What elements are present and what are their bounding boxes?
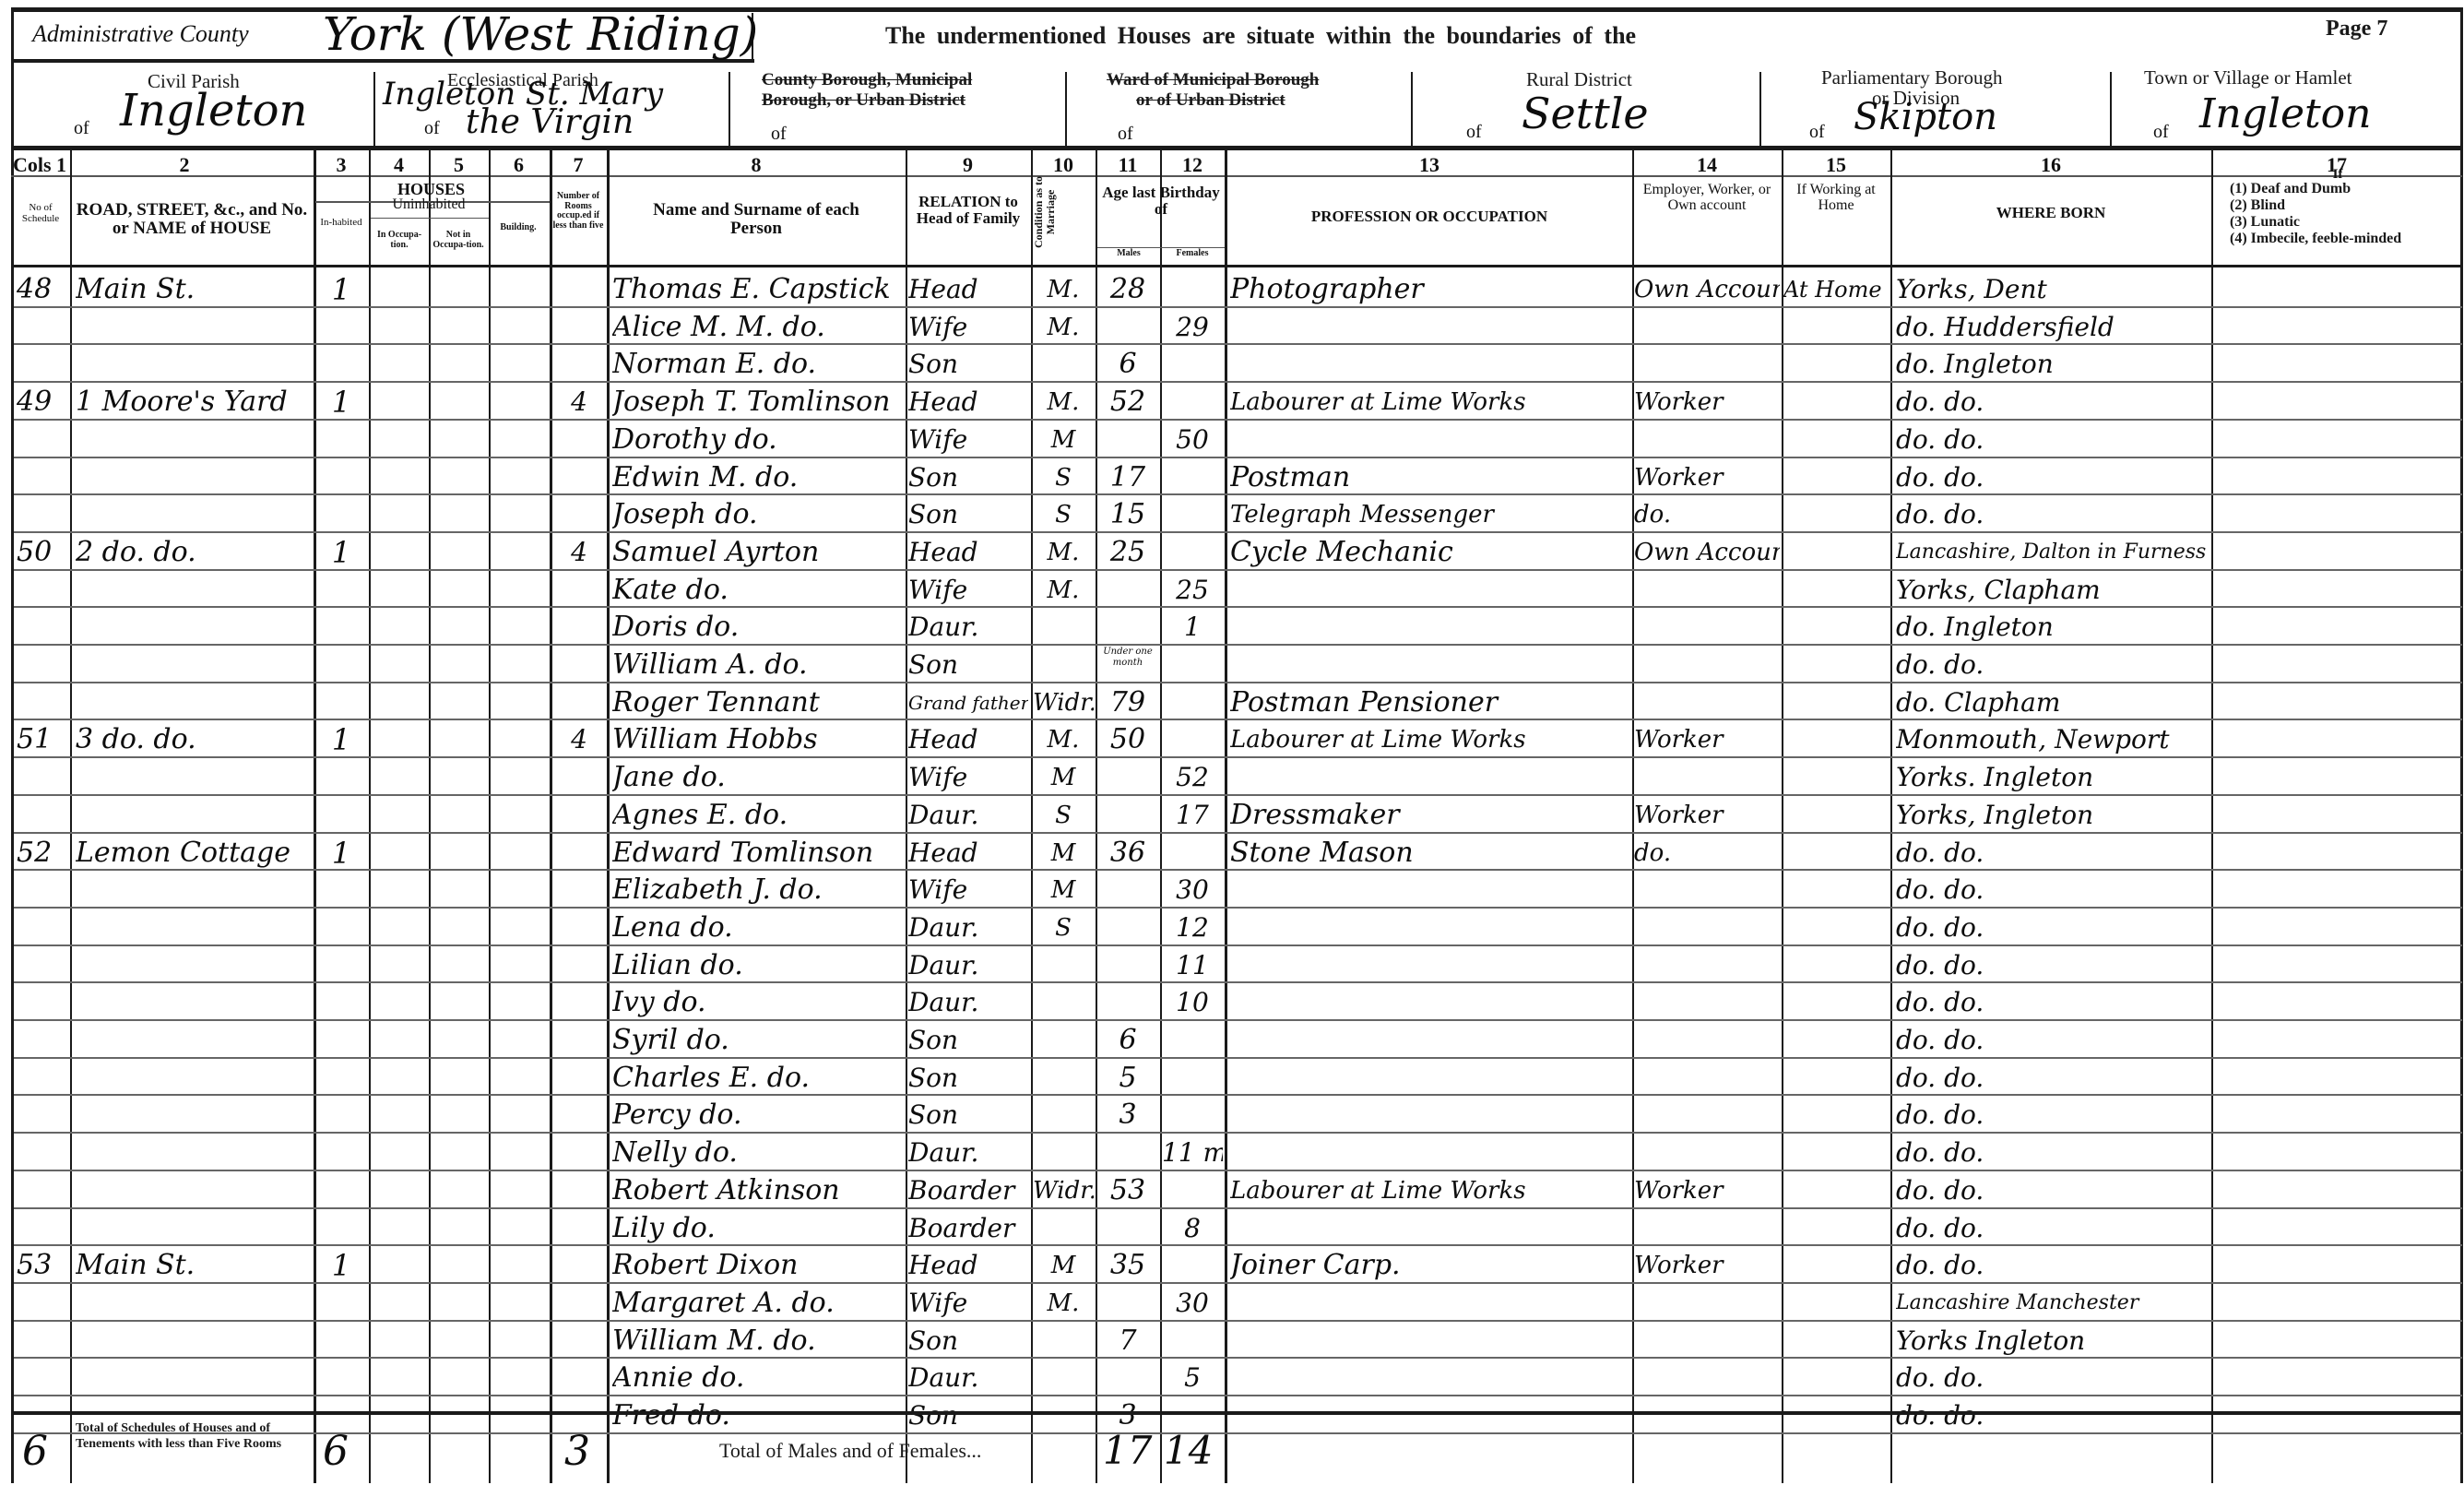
cell-rooms bbox=[553, 1060, 605, 1097]
cell-male-age bbox=[1097, 797, 1158, 834]
col-num-4: 4 bbox=[369, 153, 429, 177]
row-rule bbox=[14, 306, 2462, 308]
cell-infirmity bbox=[2213, 1022, 2458, 1059]
cell-address bbox=[76, 609, 311, 646]
cell-relation: Head bbox=[908, 384, 1028, 421]
cell-relation: Head bbox=[908, 721, 1028, 758]
cell-male-age bbox=[1097, 1360, 1158, 1396]
cell-condition bbox=[1033, 1022, 1094, 1059]
cell-employer bbox=[1634, 1360, 1780, 1396]
cell-name: Kate do. bbox=[612, 572, 904, 609]
cell-condition bbox=[1033, 346, 1094, 383]
cell-address: 2 do. do. bbox=[76, 534, 311, 571]
cell-born: do. Ingleton bbox=[1896, 346, 2209, 383]
cell-born: do. do. bbox=[1896, 872, 2209, 909]
cell-occupation: Photographer bbox=[1230, 271, 1630, 308]
cell-schedule bbox=[17, 872, 68, 909]
cell-relation: Son bbox=[908, 1060, 1028, 1097]
cell-occupation bbox=[1230, 309, 1630, 346]
cell-employer bbox=[1634, 1285, 1780, 1322]
cell-born: do. do. bbox=[1896, 1060, 2209, 1097]
row-rule bbox=[14, 1320, 2462, 1322]
total-rooms-value: 3 bbox=[564, 1428, 590, 1475]
hdr-relation: RELATION to Head of Family bbox=[908, 194, 1028, 227]
cell-born: do. do. bbox=[1896, 1397, 2209, 1434]
cell-occupation: Labourer at Lime Works bbox=[1230, 384, 1630, 421]
cell-born: do. do. bbox=[1896, 984, 2209, 1021]
col-num-3: 3 bbox=[314, 153, 369, 177]
cell-rooms: 4 bbox=[553, 384, 605, 421]
cell-female-age bbox=[1162, 1097, 1223, 1134]
town-of: of bbox=[2153, 122, 2169, 143]
hdr-uninhabited: Uninhabited bbox=[369, 197, 489, 213]
cell-male-age: 6 bbox=[1097, 1022, 1158, 1059]
cell-inhabited bbox=[318, 609, 364, 646]
cell-occupation bbox=[1230, 947, 1630, 984]
ward-label-1: Ward of Municipal Borough bbox=[1107, 70, 1319, 90]
row-rule bbox=[14, 794, 2462, 796]
cell-male-age: 3 bbox=[1097, 1097, 1158, 1134]
cell-name: Joseph T. Tomlinson bbox=[612, 384, 904, 421]
cell-relation: Son bbox=[908, 496, 1028, 533]
hdr-building: Building. bbox=[489, 223, 548, 233]
cell-name: Samuel Ayrton bbox=[612, 534, 904, 571]
cell-at-home bbox=[1783, 1022, 1889, 1059]
cell-condition: M bbox=[1033, 759, 1094, 796]
cell-condition: M bbox=[1033, 872, 1094, 909]
cell-rooms bbox=[553, 1247, 605, 1284]
cell-born: do. do. bbox=[1896, 1097, 2209, 1134]
cell-female-age bbox=[1162, 684, 1223, 721]
cell-occupation bbox=[1230, 1360, 1630, 1396]
cell-schedule bbox=[17, 1172, 68, 1209]
row-rule bbox=[14, 1057, 2462, 1059]
cell-address bbox=[76, 759, 311, 796]
hdr-schedule: No of Schedule bbox=[13, 203, 68, 224]
hdr-infirmity-3: (3) Lunatic bbox=[2230, 214, 2300, 231]
row-rule bbox=[14, 343, 2462, 345]
cell-employer bbox=[1634, 609, 1780, 646]
cell-occupation bbox=[1230, 1285, 1630, 1322]
cell-relation: Son bbox=[908, 1323, 1028, 1360]
total-persons-label: Total of Males and of Females... bbox=[719, 1439, 981, 1463]
row-rule bbox=[14, 756, 2462, 758]
cell-address bbox=[76, 947, 311, 984]
cell-condition bbox=[1033, 1360, 1094, 1396]
row-rule bbox=[14, 1282, 2462, 1284]
cell-inhabited bbox=[318, 797, 364, 834]
cell-condition: S bbox=[1033, 797, 1094, 834]
cell-inhabited bbox=[318, 1022, 364, 1059]
cell-occupation bbox=[1230, 647, 1630, 683]
cell-at-home bbox=[1783, 496, 1889, 533]
cell-rooms bbox=[553, 947, 605, 984]
col-num-7: 7 bbox=[550, 153, 607, 177]
cell-relation: Wife bbox=[908, 309, 1028, 346]
cell-at-home bbox=[1783, 1397, 1889, 1434]
cell-schedule bbox=[17, 1097, 68, 1134]
cell-at-home bbox=[1783, 647, 1889, 683]
row-rule bbox=[14, 869, 2462, 871]
cell-infirmity bbox=[2213, 384, 2458, 421]
cell-address bbox=[76, 1135, 311, 1171]
cell-employer bbox=[1634, 1210, 1780, 1247]
cell-condition bbox=[1033, 1135, 1094, 1171]
county-borough-of: of bbox=[771, 124, 787, 145]
cell-relation: Head bbox=[908, 271, 1028, 308]
cell-condition bbox=[1033, 1097, 1094, 1134]
cell-occupation: Cycle Mechanic bbox=[1230, 534, 1630, 571]
cell-male-age: 79 bbox=[1097, 684, 1158, 721]
cell-infirmity bbox=[2213, 1135, 2458, 1171]
cell-rooms bbox=[553, 684, 605, 721]
cell-male-age: 50 bbox=[1097, 721, 1158, 758]
cell-rooms bbox=[553, 647, 605, 683]
cell-female-age bbox=[1162, 346, 1223, 383]
cell-born: do. Huddersfield bbox=[1896, 309, 2209, 346]
hdr-not-in-occupation: Not in Occupa-tion. bbox=[430, 231, 487, 250]
cell-address bbox=[76, 1172, 311, 1209]
cell-infirmity bbox=[2213, 1360, 2458, 1396]
cell-name: Charles E. do. bbox=[612, 1060, 904, 1097]
cell-employer bbox=[1634, 984, 1780, 1021]
cell-schedule bbox=[17, 647, 68, 683]
cell-female-age bbox=[1162, 1172, 1223, 1209]
row-rule bbox=[14, 719, 2462, 720]
hdr-age: Age last Birthday of bbox=[1099, 184, 1223, 218]
cell-infirmity bbox=[2213, 684, 2458, 721]
cell-employer: Worker bbox=[1634, 384, 1780, 421]
cell-rooms bbox=[553, 1135, 605, 1171]
cell-schedule bbox=[17, 1135, 68, 1171]
cell-female-age: 50 bbox=[1162, 422, 1223, 458]
cell-employer: do. bbox=[1634, 496, 1780, 533]
cell-occupation bbox=[1230, 1060, 1630, 1097]
cell-male-age: 5 bbox=[1097, 1060, 1158, 1097]
cell-schedule bbox=[17, 947, 68, 984]
cell-employer bbox=[1634, 422, 1780, 458]
admin-county-label: Administrative County bbox=[32, 20, 249, 48]
cell-male-age bbox=[1097, 984, 1158, 1021]
cell-employer: Worker bbox=[1634, 721, 1780, 758]
row-rule bbox=[14, 381, 2462, 383]
cell-address bbox=[76, 572, 311, 609]
col-num-8: 8 bbox=[609, 153, 904, 177]
cell-relation: Grand father bbox=[908, 684, 1028, 721]
cell-condition bbox=[1033, 1060, 1094, 1097]
cell-name: Ivy do. bbox=[612, 984, 904, 1021]
hdr-occupation: PROFESSION OR OCCUPATION bbox=[1236, 208, 1623, 225]
row-rule bbox=[14, 606, 2462, 608]
cell-rooms bbox=[553, 309, 605, 346]
cell-name: Robert Dixon bbox=[612, 1247, 904, 1284]
cell-born: do. do. bbox=[1896, 384, 2209, 421]
hdr-condition: Condition as to Marriage bbox=[1033, 171, 1056, 254]
cell-occupation bbox=[1230, 1097, 1630, 1134]
cell-male-age bbox=[1097, 759, 1158, 796]
cell-schedule bbox=[17, 609, 68, 646]
cell-occupation bbox=[1230, 572, 1630, 609]
cell-inhabited bbox=[318, 309, 364, 346]
town-label: Town or Village or Hamlet bbox=[2144, 66, 2352, 89]
cell-inhabited bbox=[318, 647, 364, 683]
cell-born: do. Ingleton bbox=[1896, 609, 2209, 646]
cell-female-age bbox=[1162, 459, 1223, 496]
hdr-where-born: WHERE BORN bbox=[1892, 205, 2209, 221]
cell-occupation: Joiner Carp. bbox=[1230, 1247, 1630, 1284]
cell-born: do. do. bbox=[1896, 422, 2209, 458]
cell-infirmity bbox=[2213, 797, 2458, 834]
cell-infirmity bbox=[2213, 947, 2458, 984]
cell-name: Annie do. bbox=[612, 1360, 904, 1396]
cell-relation: Wife bbox=[908, 572, 1028, 609]
cell-female-age bbox=[1162, 1247, 1223, 1284]
cell-relation: Son bbox=[908, 647, 1028, 683]
cell-infirmity bbox=[2213, 496, 2458, 533]
hdr-road: ROAD, STREET, &c., and No. or NAME of HO… bbox=[72, 201, 312, 238]
cell-rooms bbox=[553, 1022, 605, 1059]
cell-relation: Head bbox=[908, 835, 1028, 872]
cell-rooms bbox=[553, 984, 605, 1021]
cell-inhabited bbox=[318, 346, 364, 383]
cell-occupation: Dressmaker bbox=[1230, 797, 1630, 834]
cell-condition: S bbox=[1033, 496, 1094, 533]
cell-relation: Boarder bbox=[908, 1210, 1028, 1247]
eccl-parish-of: of bbox=[424, 118, 440, 139]
cell-rooms bbox=[553, 496, 605, 533]
cell-address bbox=[76, 422, 311, 458]
row-rule bbox=[14, 682, 2462, 683]
cell-occupation bbox=[1230, 1135, 1630, 1171]
cell-name: Alice M. M. do. bbox=[612, 309, 904, 346]
cell-born: Monmouth, Newport bbox=[1896, 721, 2209, 758]
cell-rooms bbox=[553, 346, 605, 383]
row-rule bbox=[14, 457, 2462, 458]
cell-born: do. do. bbox=[1896, 1172, 2209, 1209]
cell-schedule bbox=[17, 346, 68, 383]
cell-employer: Worker bbox=[1634, 1247, 1780, 1284]
cell-born: do. do. bbox=[1896, 1022, 2209, 1059]
cell-schedule bbox=[17, 1360, 68, 1396]
cell-inhabited bbox=[318, 1172, 364, 1209]
row-rule bbox=[14, 1244, 2462, 1246]
cell-name: Doris do. bbox=[612, 609, 904, 646]
cell-employer bbox=[1634, 1135, 1780, 1171]
cell-inhabited bbox=[318, 984, 364, 1021]
cell-employer bbox=[1634, 1060, 1780, 1097]
cell-infirmity bbox=[2213, 1323, 2458, 1360]
cell-schedule bbox=[17, 309, 68, 346]
cell-inhabited bbox=[318, 1210, 364, 1247]
cell-infirmity bbox=[2213, 909, 2458, 946]
total-schedules-label: Total of Schedules of Houses and of Tene… bbox=[76, 1420, 297, 1452]
ward-label-2: or of Urban District bbox=[1136, 90, 1285, 111]
cell-employer: Worker bbox=[1634, 1172, 1780, 1209]
cell-relation: Son bbox=[908, 1397, 1028, 1434]
hdr-inhabited: In-habited bbox=[315, 218, 367, 229]
town-value: Ingleton bbox=[2199, 90, 2372, 137]
cell-inhabited: 1 bbox=[318, 384, 364, 421]
cell-name: Dorothy do. bbox=[612, 422, 904, 458]
cell-name: Edward Tomlinson bbox=[612, 835, 904, 872]
cell-address: 1 Moore's Yard bbox=[76, 384, 311, 421]
cell-female-age bbox=[1162, 271, 1223, 308]
cell-born: Yorks. Ingleton bbox=[1896, 759, 2209, 796]
cell-at-home bbox=[1783, 1210, 1889, 1247]
cell-name: Jane do. bbox=[612, 759, 904, 796]
hdr-females: Females bbox=[1160, 249, 1225, 259]
cell-condition bbox=[1033, 1397, 1094, 1434]
cell-schedule: 49 bbox=[17, 384, 68, 421]
cell-at-home bbox=[1783, 384, 1889, 421]
civil-parish-of: of bbox=[74, 118, 89, 139]
cell-occupation bbox=[1230, 872, 1630, 909]
cell-occupation: Labourer at Lime Works bbox=[1230, 1172, 1630, 1209]
total-males: 17 bbox=[1103, 1428, 1152, 1473]
cell-name: Syril do. bbox=[612, 1022, 904, 1059]
col-num-13: 13 bbox=[1226, 153, 1632, 177]
cell-male-age bbox=[1097, 909, 1158, 946]
cell-rooms bbox=[553, 271, 605, 308]
cell-schedule bbox=[17, 1210, 68, 1247]
cell-rooms: 4 bbox=[553, 721, 605, 758]
cell-relation: Son bbox=[908, 346, 1028, 383]
cell-condition: S bbox=[1033, 909, 1094, 946]
cell-name: Elizabeth J. do. bbox=[612, 872, 904, 909]
cell-employer bbox=[1634, 947, 1780, 984]
cell-inhabited bbox=[318, 684, 364, 721]
cell-schedule: 51 bbox=[17, 721, 68, 758]
cell-employer: Worker bbox=[1634, 459, 1780, 496]
cell-occupation bbox=[1230, 1210, 1630, 1247]
cell-condition bbox=[1033, 947, 1094, 984]
cell-born: do. do. bbox=[1896, 459, 2209, 496]
hdr-name: Name and Surname of each Person bbox=[636, 201, 876, 238]
cell-female-age bbox=[1162, 1323, 1223, 1360]
cell-infirmity bbox=[2213, 1210, 2458, 1247]
cell-address: Main St. bbox=[76, 1247, 311, 1284]
cell-schedule bbox=[17, 684, 68, 721]
cell-inhabited: 1 bbox=[318, 1247, 364, 1284]
cell-inhabited: 1 bbox=[318, 835, 364, 872]
cell-rooms: 4 bbox=[553, 534, 605, 571]
cell-employer bbox=[1634, 872, 1780, 909]
row-rule bbox=[14, 1019, 2462, 1021]
admin-county-value: York (West Riding) bbox=[323, 7, 758, 61]
cell-rooms bbox=[553, 1097, 605, 1134]
cell-relation: Son bbox=[908, 459, 1028, 496]
cell-inhabited bbox=[318, 872, 364, 909]
cell-at-home bbox=[1783, 572, 1889, 609]
cell-name: William M. do. bbox=[612, 1323, 904, 1360]
cell-infirmity bbox=[2213, 1285, 2458, 1322]
cell-rooms bbox=[553, 1285, 605, 1322]
cell-inhabited: 1 bbox=[318, 534, 364, 571]
cell-born: Lancashire Manchester bbox=[1896, 1285, 2209, 1322]
hdr-employer: Employer, Worker, or Own account bbox=[1634, 183, 1780, 214]
cell-female-age: 29 bbox=[1162, 309, 1223, 346]
cell-female-age: 12 bbox=[1162, 909, 1223, 946]
cell-employer bbox=[1634, 309, 1780, 346]
cell-rooms bbox=[553, 459, 605, 496]
row-rule bbox=[14, 569, 2462, 571]
cell-infirmity bbox=[2213, 422, 2458, 458]
cell-female-age: 10 bbox=[1162, 984, 1223, 1021]
cell-born: do. do. bbox=[1896, 835, 2209, 872]
cell-condition: M bbox=[1033, 422, 1094, 458]
total-females: 14 bbox=[1164, 1428, 1213, 1473]
cell-female-age: 8 bbox=[1162, 1210, 1223, 1247]
cell-at-home bbox=[1783, 984, 1889, 1021]
cell-address bbox=[76, 496, 311, 533]
cell-address bbox=[76, 1022, 311, 1059]
cell-born: do. do. bbox=[1896, 947, 2209, 984]
cell-male-age bbox=[1097, 1135, 1158, 1171]
cell-name: Norman E. do. bbox=[612, 346, 904, 383]
cell-inhabited bbox=[318, 422, 364, 458]
cell-at-home bbox=[1783, 1135, 1889, 1171]
cell-occupation bbox=[1230, 1397, 1630, 1434]
cell-female-age bbox=[1162, 1060, 1223, 1097]
row-rule bbox=[14, 944, 2462, 946]
cell-relation: Daur. bbox=[908, 984, 1028, 1021]
row-rule bbox=[14, 493, 2462, 495]
col-num-9: 9 bbox=[906, 153, 1030, 177]
cell-name: Lilian do. bbox=[612, 947, 904, 984]
cell-employer bbox=[1634, 759, 1780, 796]
cell-female-age: 11 mo bbox=[1162, 1135, 1223, 1171]
cell-female-age bbox=[1162, 647, 1223, 683]
cell-name: Robert Atkinson bbox=[612, 1172, 904, 1209]
cell-at-home bbox=[1783, 1323, 1889, 1360]
cell-condition: M. bbox=[1033, 309, 1094, 346]
cell-at-home bbox=[1783, 1360, 1889, 1396]
cell-name: Lena do. bbox=[612, 909, 904, 946]
cell-occupation bbox=[1230, 909, 1630, 946]
row-rule bbox=[14, 1395, 2462, 1396]
row-rule bbox=[14, 1432, 2462, 1434]
cell-at-home bbox=[1783, 759, 1889, 796]
cell-born: do. do. bbox=[1896, 1210, 2209, 1247]
cell-employer bbox=[1634, 647, 1780, 683]
cell-relation: Wife bbox=[908, 759, 1028, 796]
cell-infirmity bbox=[2213, 271, 2458, 308]
cell-female-age: 30 bbox=[1162, 1285, 1223, 1322]
col-num-11: 11 bbox=[1096, 153, 1160, 177]
cell-inhabited bbox=[318, 459, 364, 496]
cell-condition bbox=[1033, 1210, 1094, 1247]
cell-occupation: Postman bbox=[1230, 459, 1630, 496]
cell-infirmity bbox=[2213, 721, 2458, 758]
cell-schedule bbox=[17, 459, 68, 496]
cell-male-age bbox=[1097, 309, 1158, 346]
cell-address bbox=[76, 346, 311, 383]
cell-female-age: 1 bbox=[1162, 609, 1223, 646]
cell-schedule: 52 bbox=[17, 835, 68, 872]
cell-infirmity bbox=[2213, 759, 2458, 796]
cell-condition: Widr. bbox=[1033, 1172, 1094, 1209]
cell-schedule bbox=[17, 1060, 68, 1097]
ward-of: of bbox=[1118, 124, 1133, 145]
cell-relation: Daur. bbox=[908, 609, 1028, 646]
cell-name: Thomas E. Capstick bbox=[612, 271, 904, 308]
cell-schedule bbox=[17, 1285, 68, 1322]
cell-infirmity bbox=[2213, 1397, 2458, 1434]
cell-male-age bbox=[1097, 1210, 1158, 1247]
cell-female-age bbox=[1162, 721, 1223, 758]
cell-infirmity bbox=[2213, 872, 2458, 909]
cell-born: do. do. bbox=[1896, 1247, 2209, 1284]
